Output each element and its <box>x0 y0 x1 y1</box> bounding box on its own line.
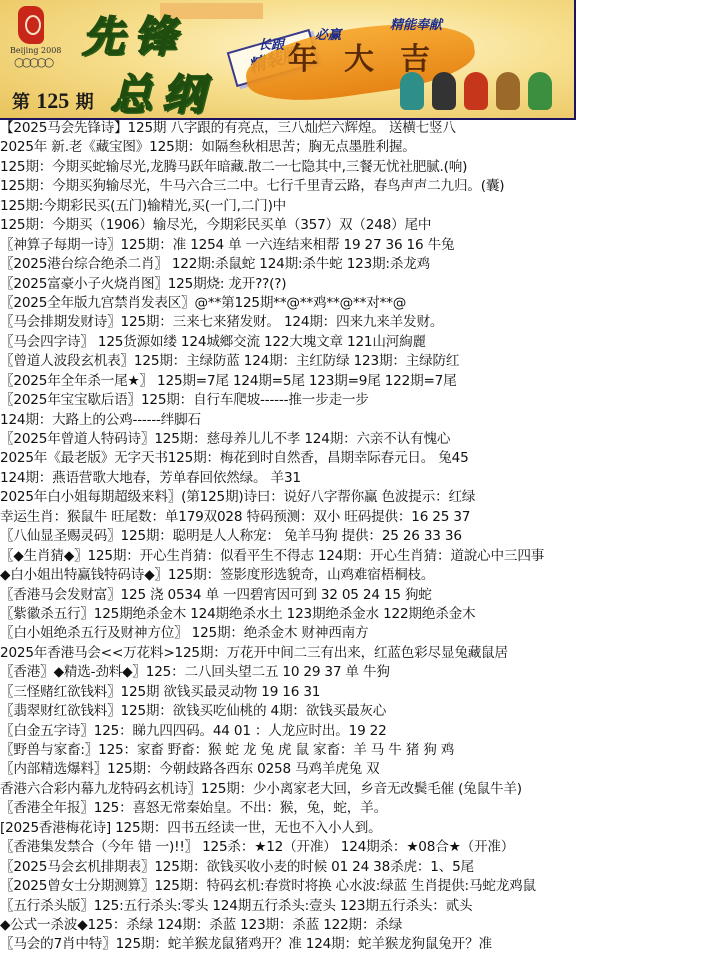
text-line: 〖马会排期发财诗〗125期：三来七来猪发财。 124期：四来九来羊发财。 <box>0 313 725 332</box>
text-line: 2025年 新.老《藏宝图》125期：如隔叁秋相思苦；胸无点墨胜利握。 <box>0 138 725 157</box>
text-line: 〖◆生肖猜◆〗125期：开心生肖猜：似看平生不得志 124期：开心生肖猜：道說心… <box>0 547 725 566</box>
text-line: 124期：大路上的公鸡------绊脚石 <box>0 411 725 430</box>
text-line: 〖白金五字诗〗125：睇九四四码。44 01 ：人龙应时出。19 22 <box>0 722 725 741</box>
text-line: 〖香港集发禁合（今年 错 一)!!〗 125杀：★12（开准） 124期杀：★0… <box>0 838 725 857</box>
text-line: 2025年白小姐每期超级来料〗(第125期)诗曰：说好八字帮你赢 色波提示：红绿 <box>0 488 725 507</box>
text-line: ◆公式一杀波◆125：杀绿 124期：杀蓝 123期：杀蓝 122期：杀绿 <box>0 916 725 935</box>
text-line: 〖野兽与家畜:〗125：家畜 野畜：猴 蛇 龙 兔 虎 鼠 家畜：羊 马 牛 猪… <box>0 741 725 760</box>
text-line: 2025年《最老版》无字天书125期：梅花到时自然香，昌期幸际春元日。 兔45 <box>0 449 725 468</box>
beijing-emblem-icon <box>18 6 44 44</box>
slogan-text-3: 长跟 <box>258 34 284 53</box>
fuwa-mascots <box>400 72 552 110</box>
text-line: ◆白小姐出特赢钱特码诗◆〗125期：签影度形选貌奇，山鸡难宿梧桐枝。 <box>0 566 725 585</box>
text-line: 125期:今期彩民买(五门)输精光,买(一门,二门)中 <box>0 197 725 216</box>
text-line: 〖香港〗◆精选-劲料◆〗125：二八回头望二五 10 29 37 单 牛狗 <box>0 663 725 682</box>
issue-prefix: 第 <box>12 92 30 113</box>
slogan-text-1: 精能奉献 <box>390 14 442 33</box>
mascot-icon <box>464 72 488 110</box>
text-line: 125期：今期买（1906）输尽光，今期彩民买单（357）双（248）尾中 <box>0 216 725 235</box>
text-line: 2025年香港马会<<万花料>125期：万花开中间二三有出来，红蓝色彩尽显兔藏鼠… <box>0 644 725 663</box>
mascot-icon <box>528 72 552 110</box>
banner-title-line2: 总纲 <box>110 62 214 120</box>
olympic-logo: Beijing 2008 ○○○○○ <box>10 6 52 86</box>
mascot-icon <box>432 72 456 110</box>
header-banner: Beijing 2008 ○○○○○ 先锋 总纲 第 125 期 精装版 年大吉… <box>0 0 576 120</box>
prediction-text-list: 【2025马会先锋诗】125期 八字跟的有亮点，三八灿烂六辉煌。 送横七竖八 2… <box>0 119 725 955</box>
olympic-rings-icon: ○○○○○ <box>14 55 52 69</box>
text-line: 〖2025富豪小子火烧肖图〗125期烧: 龙开??(?) <box>0 275 725 294</box>
text-line: 〖2025年全年杀一尾★〗 125期=7尾 124期=5尾 123期=9尾 12… <box>0 372 725 391</box>
text-line: 〖神算子每期一诗〗125期：准 1254 单 一六连结来相帮 19 27 36 … <box>0 236 725 255</box>
beijing-2008-text: Beijing 2008 <box>10 46 52 55</box>
text-line: 〖2025港台综合绝杀二肖〗 122期:杀鼠蛇 124期:杀牛蛇 123期:杀龙… <box>0 255 725 274</box>
text-line: 〖八仙显圣赐灵码〗125期：聪明是人人称宠： 兔羊马狗 提供：25 26 33 … <box>0 527 725 546</box>
text-line: 〖曾道人波段玄机表〗125期：主绿防蓝 124期：主红防绿 123期：主绿防红 <box>0 352 725 371</box>
text-line: 〖香港马会发财富〗125 浇 0534 单 一四碧宵因可到 32 05 24 1… <box>0 586 725 605</box>
text-line: 幸运生肖：猴鼠牛 旺尾数：单179双028 特码预测：双小 旺码提供：16 25… <box>0 508 725 527</box>
issue-number: 第 125 期 <box>12 88 94 114</box>
text-line: 125期：今期买蛇输尽光,龙腾马跃年暗藏.散二一七隐其中,三餐无忧社肥腻.(响) <box>0 158 725 177</box>
slogan-text-2: 必赢 <box>315 24 341 43</box>
text-line: 〖五行杀头版〗125:五行杀头:零头 124期五行杀头:壹头 123期五行杀头：… <box>0 897 725 916</box>
text-line: [2025香港梅花诗] 125期：四书五经读一世，无也不入小人到。 <box>0 819 725 838</box>
banner-title-line1: 先锋 <box>82 4 186 64</box>
text-line: 〖白小姐绝杀五行及财神方位〗 125期：绝杀金木 财神西南方 <box>0 624 725 643</box>
text-line: 〖三怪赌红欲钱料〗125期 欲钱买最灵动物 19 16 31 <box>0 683 725 702</box>
issue-suffix: 期 <box>76 92 94 113</box>
text-line: 〖翡翠财红欲钱料〗125期：欲钱买吃仙桃的 4期：欲钱买最灰心 <box>0 702 725 721</box>
text-line: 〖2025马会玄机排期表〗125期：欲钱买收小麦的时候 01 24 38杀虎：1… <box>0 858 725 877</box>
text-line: 〖2025曾女士分期测算〗125期：特码玄机:春赏时将换 心水波:绿蓝 生肖提供… <box>0 877 725 896</box>
mascot-icon <box>496 72 520 110</box>
text-line: 〖2025年宝宝歇后语〗125期：自行车爬坡------推一步走一步 <box>0 391 725 410</box>
text-line: 〖马会的7肖中特〗125期：蛇羊猴龙鼠猪鸡开？准 124期：蛇羊猴龙狗鼠兔开？准 <box>0 935 725 954</box>
text-line: 【2025马会先锋诗】125期 八字跟的有亮点，三八灿烂六辉煌。 送横七竖八 <box>0 119 725 138</box>
text-line: 〖内部精选爆料〗125期：今朝歧路各西东 0258 马鸡羊虎兔 双 <box>0 760 725 779</box>
text-line: 〖紫徽杀五行〗125期绝杀金木 124期绝杀水土 123期绝杀金水 122期绝杀… <box>0 605 725 624</box>
mascot-icon <box>400 72 424 110</box>
text-line: 125期：今期买狗输尽光，牛马六合三二中。七行千里青云路，春鸟声声二九归。(囊) <box>0 177 725 196</box>
issue-value: 125 <box>36 88 69 113</box>
text-line: 〖2025年曾道人特码诗〗125期：慈母养儿儿不孝 124期：六亲不认有愧心 <box>0 430 725 449</box>
text-line: 124期：燕语营歌大地春，芳单春回依然绿。 羊31 <box>0 469 725 488</box>
text-line: 〖马会四字诗〗 125货源如缕 124城鄉交流 122大塊文章 121山河絢麗 <box>0 333 725 352</box>
text-line: 〖香港全年报〗125：喜怒无常秦始皇。不出：猴，兔，蛇，羊。 <box>0 799 725 818</box>
text-line: 香港六合彩内幕九龙特码玄机诗〗125期：少小离家老大回，乡音无改鬓毛催 (兔鼠牛… <box>0 780 725 799</box>
text-line: 〖2025全年版九宫禁肖发表区〗@**第125期**@**鸡**@**对**@ <box>0 294 725 313</box>
